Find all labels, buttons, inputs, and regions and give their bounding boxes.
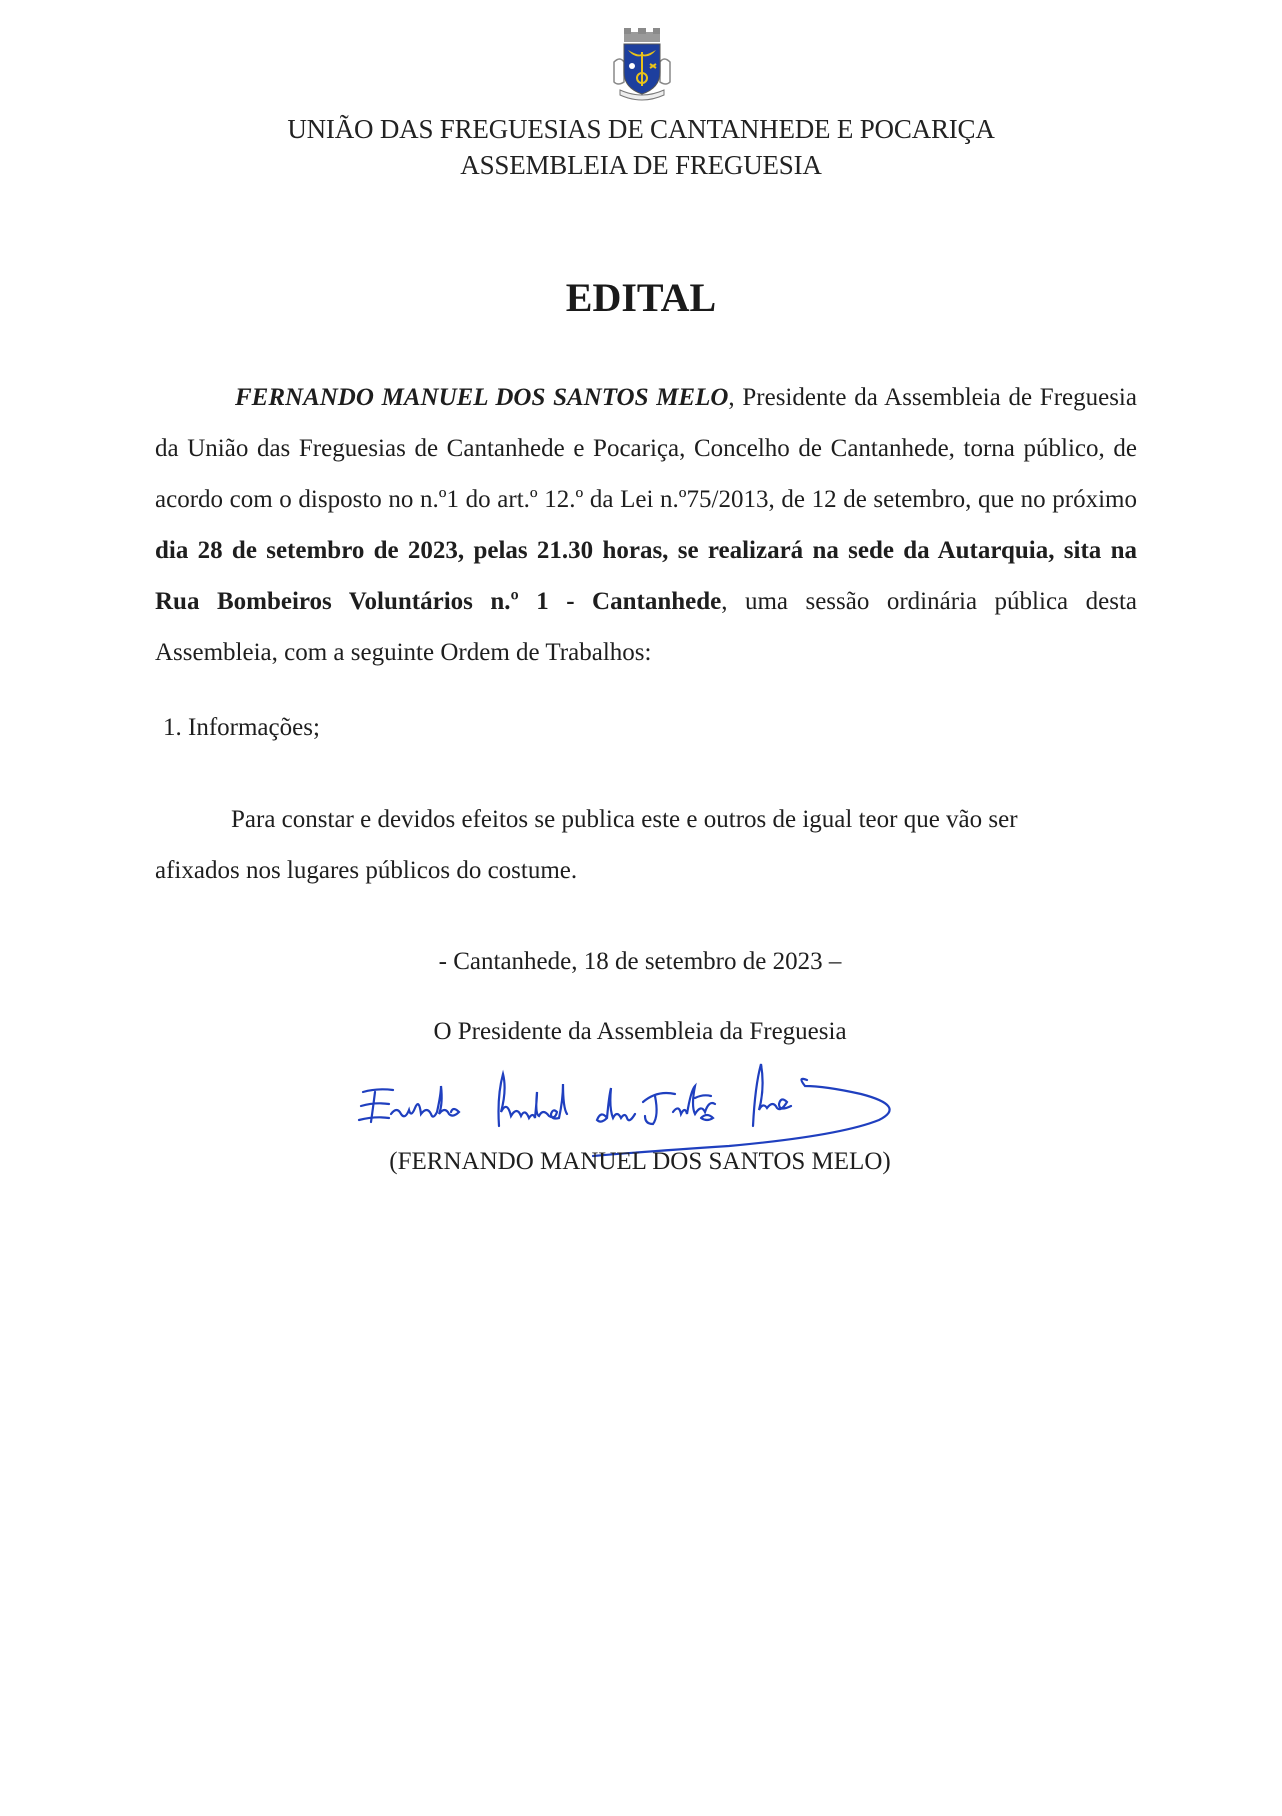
assembly-name: ASSEMBLEIA DE FREGUESIA [0, 150, 1282, 181]
president-name: FERNANDO MANUEL DOS SANTOS MELO [235, 384, 728, 411]
place-and-date: - Cantanhede, 18 de setembro de 2023 – [60, 948, 1220, 976]
handwritten-signature-icon [355, 1040, 945, 1160]
publication-paragraph: Para constar e devidos efeitos se public… [155, 794, 1085, 896]
parish-union-name: UNIÃO DAS FREGUESIAS DE CANTANHEDE E POC… [0, 114, 1282, 145]
announcement-paragraph: FERNANDO MANUEL DOS SANTOS MELO, Preside… [155, 372, 1137, 678]
municipal-coat-of-arms-icon [610, 28, 674, 104]
signatory-name: (FERNANDO MANUEL DOS SANTOS MELO) [60, 1148, 1220, 1176]
page-title: EDITAL [0, 274, 1282, 321]
agenda-item: 1. Informações; [163, 714, 320, 742]
